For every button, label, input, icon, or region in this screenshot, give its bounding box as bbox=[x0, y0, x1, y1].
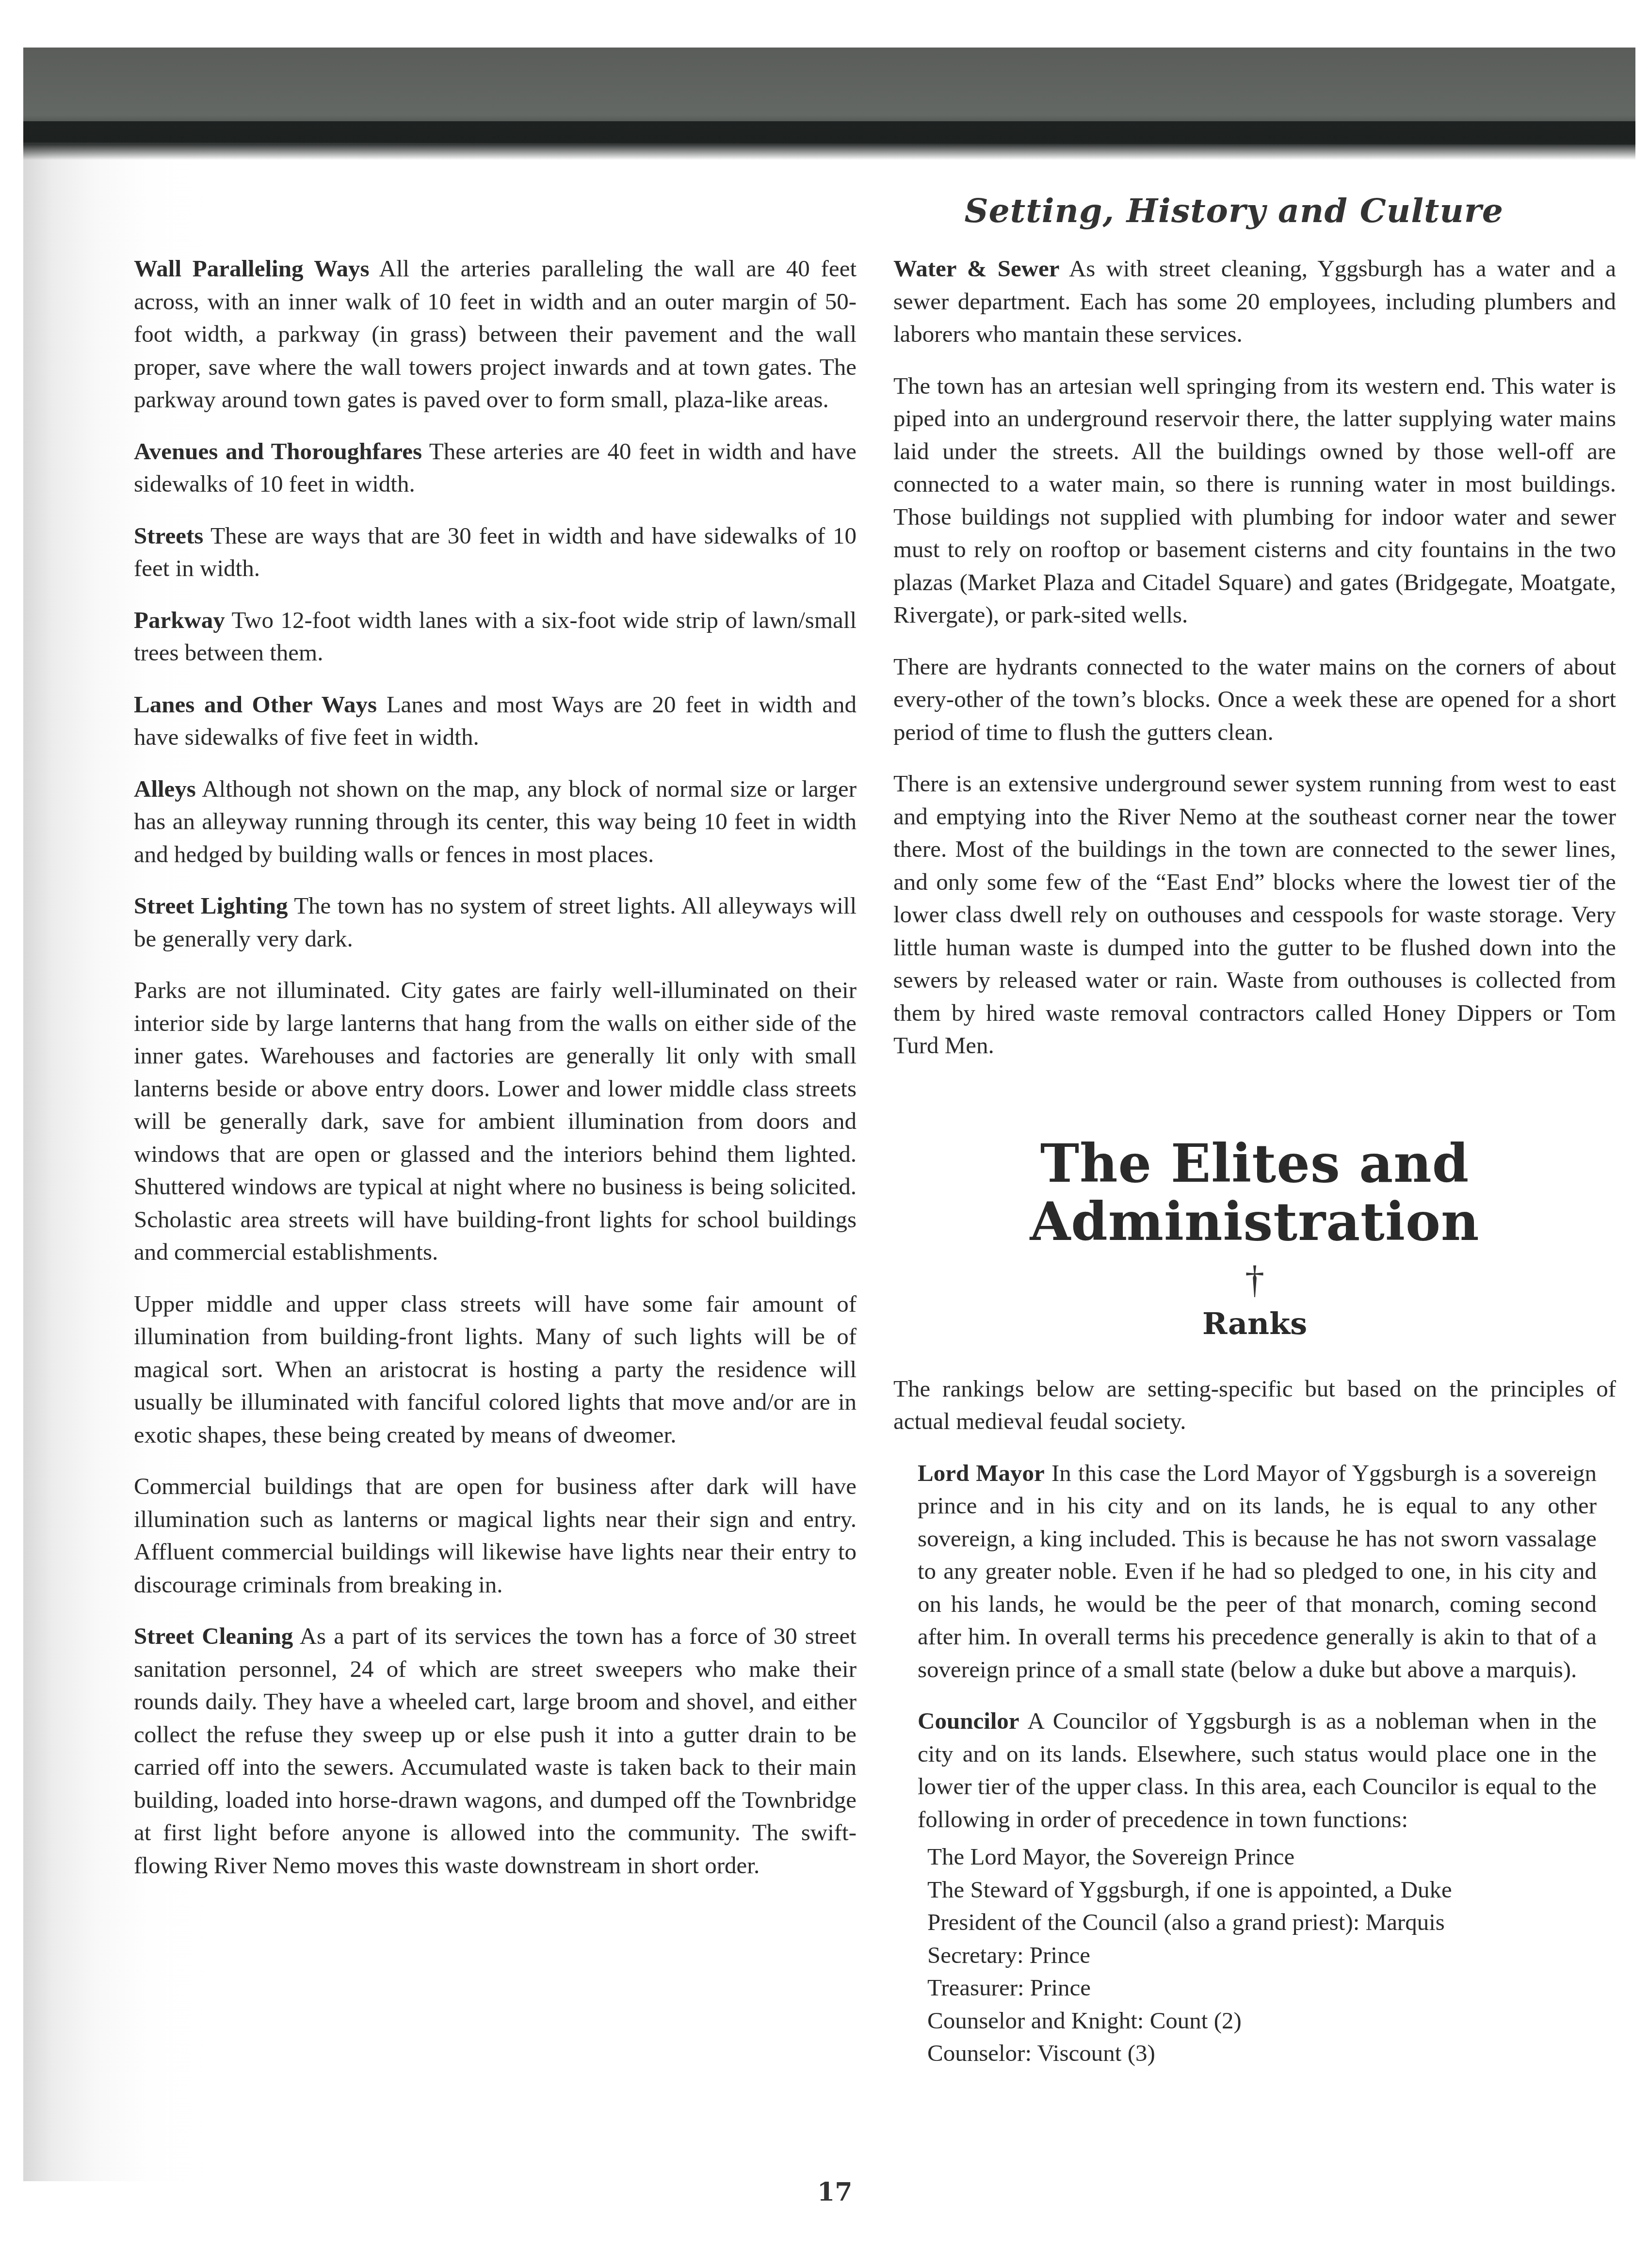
term: Wall Paralleling Ways bbox=[134, 255, 370, 282]
scanner-edge-shadow bbox=[23, 121, 1635, 160]
dagger-ornament-icon: † bbox=[893, 1261, 1616, 1300]
paragraph-street-cleaning: Street Cleaning As a part of its service… bbox=[134, 1620, 857, 1882]
paragraph-councilor: Councilor A Councilor of Yggsburgh is as… bbox=[893, 1705, 1616, 1835]
term: Parkway bbox=[134, 607, 225, 633]
precedence-list: The Lord Mayor, the Sovereign Prince The… bbox=[893, 1840, 1616, 2070]
left-column: Wall Paralleling Ways All the arteries p… bbox=[134, 252, 857, 1900]
term: Alleys bbox=[134, 775, 196, 802]
paragraph-parks: Parks are not illuminated. City gates ar… bbox=[134, 974, 857, 1269]
term: Lord Mayor bbox=[918, 1460, 1045, 1486]
term: Councilor bbox=[918, 1707, 1019, 1734]
list-item: Treasurer: Prince bbox=[927, 1971, 1616, 2004]
list-item: Secretary: Prince bbox=[927, 1939, 1616, 1972]
list-item: Counselor and Knight: Count (2) bbox=[927, 2004, 1616, 2037]
paragraph-upper-class-streets: Upper middle and upper class streets wil… bbox=[134, 1287, 857, 1451]
paragraph-sewer-system: There is an extensive underground sewer … bbox=[893, 767, 1616, 1062]
paragraph-streets: Streets These are ways that are 30 feet … bbox=[134, 519, 857, 585]
page-number: 17 bbox=[817, 2177, 852, 2207]
section-title: The Elites and Administration bbox=[893, 1135, 1616, 1251]
paragraph-wall-paralleling-ways: Wall Paralleling Ways All the arteries p… bbox=[134, 252, 857, 416]
term: Water & Sewer bbox=[893, 255, 1060, 282]
paragraph-lord-mayor: Lord Mayor In this case the Lord Mayor o… bbox=[893, 1457, 1616, 1686]
paragraph-hydrants: There are hydrants connected to the wate… bbox=[893, 650, 1616, 749]
paragraph-parkway: Parkway Two 12-foot width lanes with a s… bbox=[134, 604, 857, 669]
paragraph-street-lighting: Street Lighting The town has no system o… bbox=[134, 889, 857, 955]
subsection-title: Ranks bbox=[893, 1304, 1616, 1343]
paragraph-ranks-intro: The rankings below are setting-specific … bbox=[893, 1372, 1616, 1438]
paragraph-avenues: Avenues and Thoroughfares These arteries… bbox=[134, 435, 857, 500]
right-column: Water & Sewer As with street cleaning, Y… bbox=[893, 252, 1616, 2070]
paragraph-artesian-well: The town has an artesian well springing … bbox=[893, 370, 1616, 631]
term: Lanes and Other Ways bbox=[134, 691, 377, 718]
paragraph-lanes: Lanes and Other Ways Lanes and most Ways… bbox=[134, 688, 857, 754]
term: Avenues and Thoroughfares bbox=[134, 438, 422, 465]
paragraph-commercial-buildings: Commercial buildings that are open for b… bbox=[134, 1470, 857, 1601]
paragraph-alleys: Alleys Although not shown on the map, an… bbox=[134, 772, 857, 871]
running-head: Setting, History and Culture bbox=[964, 192, 1503, 230]
paragraph-water-sewer: Water & Sewer As with street cleaning, Y… bbox=[893, 252, 1616, 351]
list-item: The Steward of Yggsburgh, if one is appo… bbox=[927, 1873, 1616, 1906]
term: Street Cleaning bbox=[134, 1623, 293, 1649]
term: Street Lighting bbox=[134, 892, 288, 919]
list-item: Counselor: Viscount (3) bbox=[927, 2037, 1616, 2070]
list-item: The Lord Mayor, the Sovereign Prince bbox=[927, 1840, 1616, 1873]
list-item: President of the Council (also a grand p… bbox=[927, 1906, 1616, 1939]
term: Streets bbox=[134, 522, 203, 549]
